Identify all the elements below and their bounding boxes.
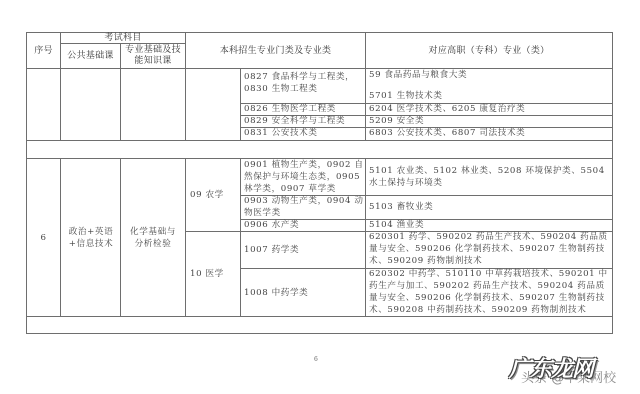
undergrad-cell: 0903 动物生产类，0904 动物医学类 — [244, 195, 365, 219]
vocational-cell: 5209 安全类 — [369, 115, 609, 127]
header-exam-subjects: 考试科目 — [61, 33, 185, 43]
professional-course-cell: 化学基础与分析检验 — [126, 159, 180, 316]
header-professional-course: 专业基础及技能知识课 — [124, 44, 182, 68]
seq-cell: 6 — [27, 159, 60, 316]
header-vocational-major: 对应高职（专科）专业（类） — [366, 33, 612, 68]
row-divider — [26, 140, 613, 141]
undergrad-cell: 1008 中药学类 — [244, 269, 365, 316]
col-divider — [365, 158, 366, 316]
header-undergrad-category: 本科招生专业门类及专业类 — [186, 33, 365, 68]
vocational-cell: 5701 生物技术类 — [369, 90, 609, 102]
vocational-cell: 6204 医学技术类、6205 康复治疗类 — [369, 103, 609, 115]
page-number: 6 — [314, 356, 318, 363]
undergrad-cell: 0901 植物生产类，0902 自然保护与环境生态类，0905 林学类，0907… — [244, 159, 365, 195]
col-divider — [120, 158, 121, 316]
col-divider — [60, 158, 61, 316]
category-cell: 10 医学 — [190, 232, 240, 316]
vocational-cell: 620301 药学、590202 药品生产技术、590204 药品质量与安全、5… — [369, 231, 609, 267]
col-divider — [240, 68, 241, 140]
vocational-cell: 6803 公安技术类、6807 司法技术类 — [369, 127, 609, 139]
col-divider — [185, 158, 186, 316]
undergrad-cell: 0831 公安技术类 — [244, 127, 364, 139]
header-public-course: 公共基础课 — [61, 44, 120, 68]
vocational-cell: 620302 中药学、510110 中草药栽培技术、590201 中药生产与加工… — [369, 268, 609, 316]
undergrad-cell: 0829 安全科学与工程类 — [244, 115, 364, 127]
vocational-cell: 5101 农业类、5102 林业类、5208 环境保护类、5504 水土保持与环… — [369, 159, 609, 195]
undergrad-cell: 0826 生物医学工程类 — [244, 103, 364, 115]
undergrad-cell: 1007 药学类 — [244, 232, 365, 268]
row-divider — [26, 316, 613, 317]
undergrad-cell: 0906 水产类 — [244, 219, 365, 231]
table-right-border — [612, 32, 613, 334]
category-cell: 09 农学 — [190, 159, 240, 231]
table-bottom-border — [26, 333, 613, 334]
col-divider — [240, 158, 241, 316]
watermark-main: 广东龙网 — [509, 352, 593, 383]
undergrad-cell: 0827 食品科学与工程类，0830 生物工程类 — [244, 71, 364, 95]
vocational-cell: 59 食品药品与粮食大类 — [369, 69, 609, 81]
header-seq: 序号 — [27, 33, 60, 68]
col-divider — [120, 43, 121, 140]
watermark: 头条 @华莱网校 广东龙网 — [497, 352, 637, 388]
vocational-cell: 5103 畜牧业类 — [369, 195, 609, 219]
public-course-cell: 政治+英语+信息技术 — [66, 159, 116, 316]
vocational-cell: 5104 渔业类 — [369, 219, 609, 231]
